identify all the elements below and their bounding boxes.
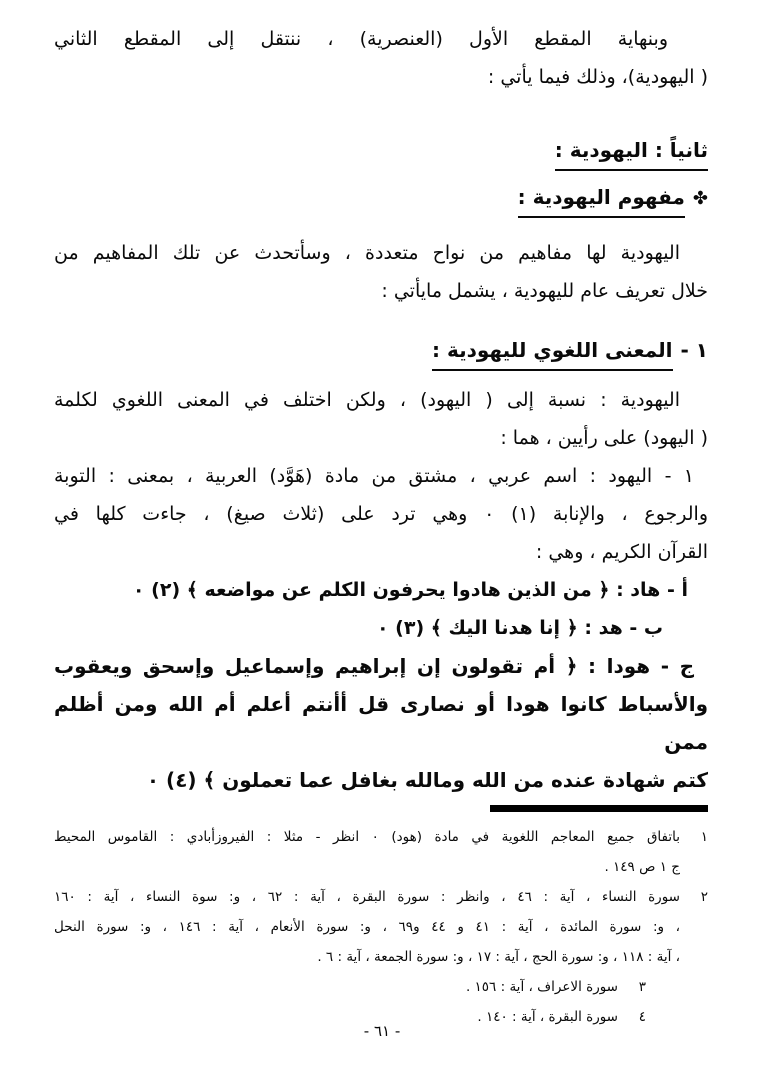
section-heading-judaism-text: ثانياً : اليهودية : bbox=[555, 138, 708, 171]
footnotes-section: ١ باتفاق جميع المعاجم اللغوية في مادة (ه… bbox=[54, 822, 708, 1032]
footnote-3-text: سورة الاعراف ، آية : ١٥٦ . bbox=[54, 972, 618, 1002]
form-hud-line: ب - هد : ﴿ إنا هدنا اليك ﴾ (٣) ٠ bbox=[54, 609, 708, 647]
linguistic-intro-line-1: اليهودية : نسبة إلى ( اليهود) ، ولكن اخت… bbox=[54, 381, 708, 419]
footnote-1-line-1: باتفاق جميع المعاجم اللغوية في مادة (هود… bbox=[54, 822, 680, 852]
word-forms-list: أ - هاد : ﴿ من الذين هادوا يحرفون الكلم … bbox=[54, 571, 708, 647]
opinion-1-line-3: القرآن الكريم ، وهي : bbox=[54, 533, 708, 571]
footnote-1-number: ١ bbox=[680, 822, 708, 882]
footnote-1-line-2: ج ١ ص ١٤٩ . bbox=[54, 852, 680, 882]
book-page: وبنهاية المقطع الأول (العنصرية) ، ننتقل … bbox=[0, 0, 764, 1083]
footnote-3-number: ٣ bbox=[618, 972, 646, 1002]
form-had-line: أ - هاد : ﴿ من الذين هادوا يحرفون الكلم … bbox=[54, 571, 708, 609]
flower-ornament-icon: ✤ bbox=[693, 188, 708, 209]
footnote-2: ٢ سورة النساء ، آية : ٤٦ ، وانظر : سورة … bbox=[54, 882, 708, 972]
opinion-1-line-1: ١ - اليهود : اسم عربي ، مشتق من مادة (هَ… bbox=[54, 457, 708, 495]
footnote-3-line-1: سورة الاعراف ، آية : ١٥٦ . bbox=[54, 972, 618, 1002]
form-hudan-line-3: كتم شهادة عنده من الله ومالله بغافل عما … bbox=[54, 761, 708, 799]
intro-line-2: ( اليهودية)، وذلك فيما يأتي : bbox=[54, 58, 708, 96]
page-number: - ٦١ - bbox=[0, 1022, 764, 1040]
heading-linguistic-meaning: ١ -المعنى اللغوي لليهودية : bbox=[54, 338, 708, 371]
heading-linguistic-number: ١ - bbox=[681, 338, 708, 362]
heading-concept-text: مفهوم اليهودية : bbox=[518, 185, 685, 218]
opinion-1-paragraph: ١ - اليهود : اسم عربي ، مشتق من مادة (هَ… bbox=[54, 457, 708, 571]
footnote-1-text: باتفاق جميع المعاجم اللغوية في مادة (هود… bbox=[54, 822, 680, 882]
footnote-2-line-1: سورة النساء ، آية : ٤٦ ، وانظر : سورة ال… bbox=[54, 882, 680, 912]
overview-line-1: اليهودية لها مفاهيم من نواح متعددة ، وسأ… bbox=[54, 234, 708, 272]
section-heading-judaism: ثانياً : اليهودية : bbox=[54, 138, 708, 171]
concept-overview-paragraph: اليهودية لها مفاهيم من نواح متعددة ، وسأ… bbox=[54, 234, 708, 310]
footnote-2-text: سورة النساء ، آية : ٤٦ ، وانظر : سورة ال… bbox=[54, 882, 680, 972]
footnote-2-number: ٢ bbox=[680, 882, 708, 972]
form-hudan-line-1: ج - هودا : ﴿ أم تقولون إن إبراهيم وإسماع… bbox=[54, 647, 708, 685]
linguistic-intro-line-2: ( اليهود) على رأيين ، هما : bbox=[54, 419, 708, 457]
intro-paragraph: وبنهاية المقطع الأول (العنصرية) ، ننتقل … bbox=[54, 20, 708, 96]
linguistic-intro-paragraph: اليهودية : نسبة إلى ( اليهود) ، ولكن اخت… bbox=[54, 381, 708, 457]
footnote-1: ١ باتفاق جميع المعاجم اللغوية في مادة (ه… bbox=[54, 822, 708, 882]
page-content: وبنهاية المقطع الأول (العنصرية) ، ننتقل … bbox=[0, 0, 764, 1032]
footnote-3: ٣ سورة الاعراف ، آية : ١٥٦ . bbox=[54, 972, 646, 1002]
heading-linguistic-text: المعنى اللغوي لليهودية : bbox=[432, 338, 673, 371]
form-hudan-line-2: والأسباط كانوا هودا أو نصارى قل أأنتم أع… bbox=[54, 685, 708, 761]
heading-concept-of-judaism: ✤مفهوم اليهودية : bbox=[54, 185, 708, 218]
intro-line-1: وبنهاية المقطع الأول (العنصرية) ، ننتقل … bbox=[54, 20, 708, 58]
overview-line-2: خلال تعريف عام لليهودية ، يشمل مايأتي : bbox=[54, 272, 708, 310]
footnote-2-line-3: ، آية : ١١٨ ، و: سورة الحج ، آية : ١٧ ، … bbox=[54, 942, 680, 972]
footnote-2-line-2: ، و: سورة المائدة ، آية : ٤١ و ٤٤ و٦٩ ، … bbox=[54, 912, 680, 942]
opinion-1-line-2: والرجوع ، والإنابة (١) ٠ وهي ترد على (ثل… bbox=[54, 495, 708, 533]
form-hudan-quote-paragraph: ج - هودا : ﴿ أم تقولون إن إبراهيم وإسماع… bbox=[54, 647, 708, 799]
footnote-divider bbox=[490, 805, 708, 812]
